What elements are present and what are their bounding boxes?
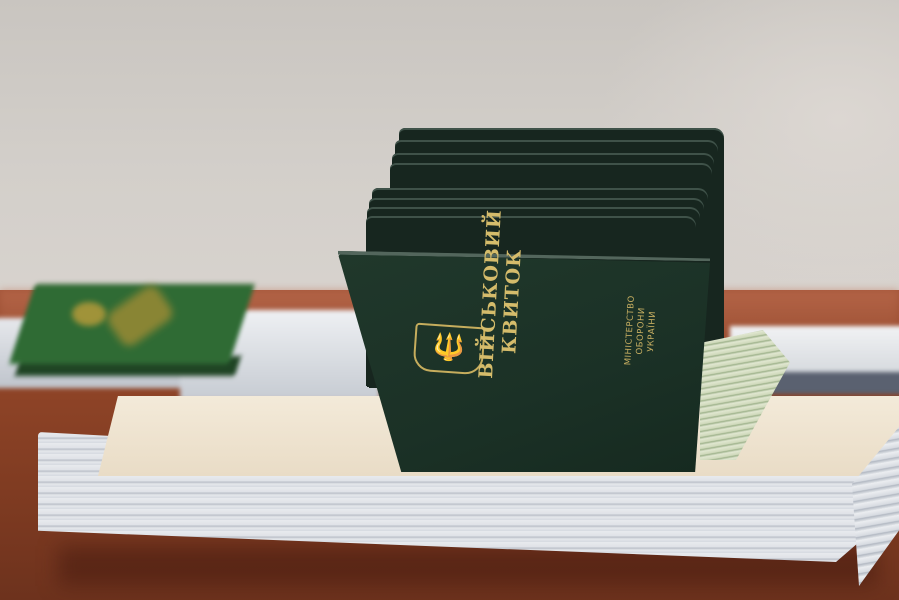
background-booklet-emblem-icon xyxy=(72,302,106,326)
photo-scene: 🔱 ВІЙСЬКОВИЙ КВИТОК МІНІСТЕРСТВО ОБОРОНИ… xyxy=(0,0,899,600)
booklet-issuer: МІНІСТЕРСТВО ОБОРОНИ УКРАЇНИ xyxy=(622,270,661,392)
booklet-title: ВІЙСЬКОВИЙ КВИТОК xyxy=(475,198,528,380)
